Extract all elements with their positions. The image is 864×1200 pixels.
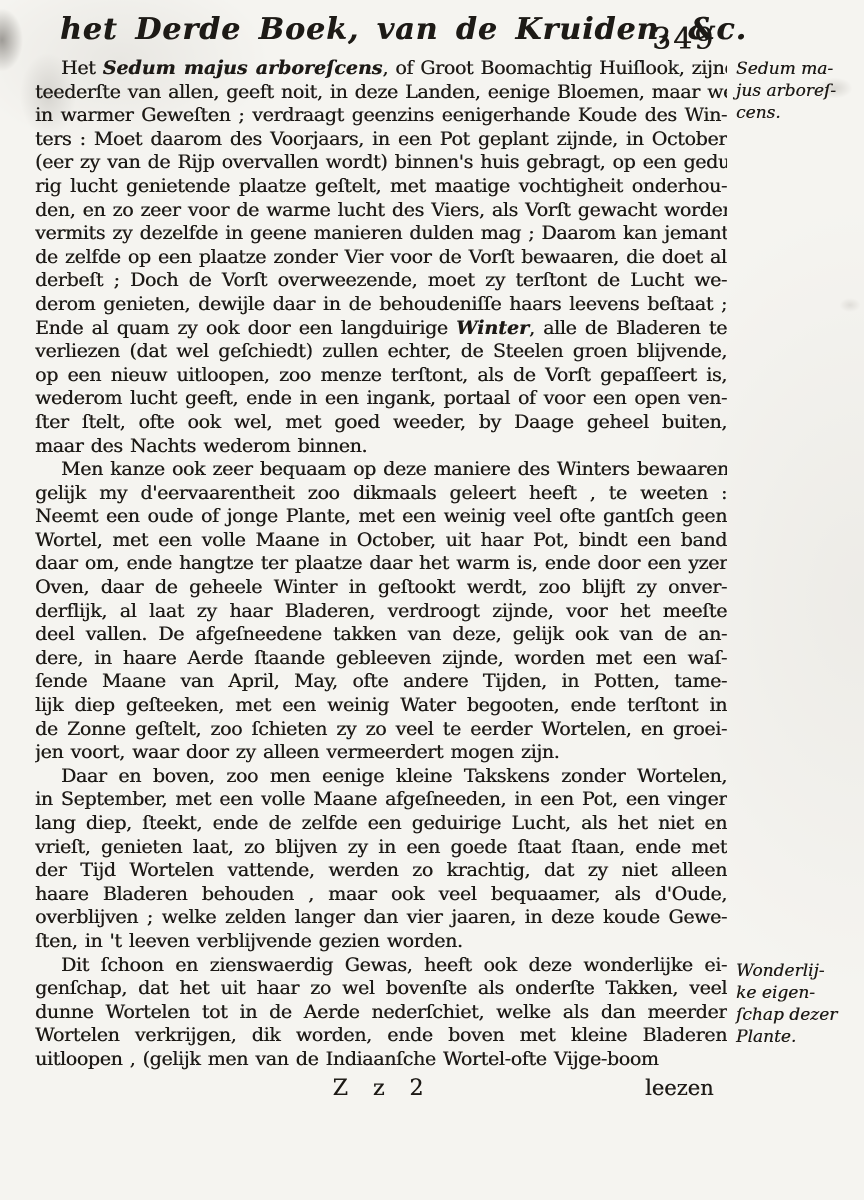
text-line: lang diep, ſteekt, ende de zelfde een ge… bbox=[35, 812, 727, 836]
text-line: derbeſt ; Doch de Vorſt overweezende, mo… bbox=[35, 269, 727, 293]
paragraph: Men kanze ook zeer bequaam op deze manie… bbox=[35, 458, 727, 765]
text-line: teederſte van allen, geeft noit, in deze… bbox=[35, 81, 727, 105]
text-line: den, en zo zeer voor de warme lucht des … bbox=[35, 199, 727, 223]
text-line: ſter ſtelt, ofte ook wel, met goed weede… bbox=[35, 411, 727, 435]
paragraph: Daar en boven, zoo men eenige kleine Tak… bbox=[35, 765, 727, 954]
margin-note-line: ſchap dezer bbox=[736, 1004, 860, 1026]
margin-note-line: Plante. bbox=[736, 1026, 860, 1048]
text-line: overblijven ; welke zelden langer dan vi… bbox=[35, 906, 727, 930]
text-line: Daar en boven, zoo men eenige kleine Tak… bbox=[35, 765, 727, 789]
text-line: Wortelen verkrijgen, dik worden, ende bo… bbox=[35, 1024, 727, 1048]
text-line: vermits zy dezelfde in geene manieren du… bbox=[35, 222, 727, 246]
catchword: leezen bbox=[645, 1076, 714, 1100]
margin-note-line: jus arboreſ- bbox=[736, 80, 860, 102]
text-line: ſten, in 't leeven verblijvende gezien w… bbox=[35, 930, 727, 954]
body-text: Het Sedum majus arboreſcens, of Groot Bo… bbox=[35, 57, 727, 1072]
text-line: deel vallen. De afgeſneedene takken van … bbox=[35, 623, 727, 647]
text-line: Het Sedum majus arboreſcens, of Groot Bo… bbox=[35, 57, 727, 81]
text-line: haare Bladeren behouden , maar ook veel … bbox=[35, 883, 727, 907]
text-line: gelijk my d'eervaarentheit zoo dikmaals … bbox=[35, 482, 727, 506]
text-line: ters : Moet daarom des Voorjaars, in een… bbox=[35, 128, 727, 152]
margin-note-line: ke eigen- bbox=[736, 982, 860, 1004]
running-header-title: het Derde Boek, van de Kruiden, &c. bbox=[60, 12, 660, 47]
text-line: Oven, daar de geheele Winter in geſtookt… bbox=[35, 576, 727, 600]
paragraph: Dit ſchoon en zienswaerdig Gewas, heeft … bbox=[35, 954, 727, 1072]
signature-mark: Z z 2 bbox=[35, 1076, 727, 1101]
text-line: dunne Wortelen tot in de Aerde nederſchi… bbox=[35, 1001, 727, 1025]
text-line: derflijk, al laat zy haar Bladeren, verd… bbox=[35, 600, 727, 624]
text-line: vrieſt, genieten laat, zo blijven zy in … bbox=[35, 836, 727, 860]
margin-note-line: cens. bbox=[736, 102, 860, 124]
margin-note-line: Sedum ma- bbox=[736, 58, 860, 80]
text-line: rig lucht genietende plaatze geſtelt, me… bbox=[35, 175, 727, 199]
text-line: in September, met een volle Maane afgeſn… bbox=[35, 788, 727, 812]
text-line: de Zonne geſtelt, zoo ſchieten zy zo vee… bbox=[35, 718, 727, 742]
page-number: 349 bbox=[652, 22, 715, 57]
text-line: jen voort, waar door zy alleen vermeerde… bbox=[35, 741, 727, 765]
text-line: Ende al quam zy ook door een langduirige… bbox=[35, 317, 727, 341]
text-line: de zelfde op een plaatze zonder Vier voo… bbox=[35, 246, 727, 270]
text-line: der Tijd Wortelen vattende, werden zo kr… bbox=[35, 859, 727, 883]
text-line: verliezen (dat wel geſchiedt) zullen ech… bbox=[35, 340, 727, 364]
text-line: Dit ſchoon en zienswaerdig Gewas, heeft … bbox=[35, 954, 727, 978]
text-line: maar des Nachts wederom binnen. bbox=[35, 435, 727, 459]
text-line: derom genieten, dewijle daar in de behou… bbox=[35, 293, 727, 317]
text-line: ſende Maane van April, May, ofte andere … bbox=[35, 670, 727, 694]
text-line: (eer zy van de Rijp overvallen wordt) bi… bbox=[35, 151, 727, 175]
book-page: het Derde Boek, van de Kruiden, &c. 349 … bbox=[0, 0, 864, 1200]
text-line: op een nieuw uitloopen, zoo menze terſto… bbox=[35, 364, 727, 388]
text-line: Men kanze ook zeer bequaam op deze manie… bbox=[35, 458, 727, 482]
paragraph: Het Sedum majus arboreſcens, of Groot Bo… bbox=[35, 57, 727, 458]
margin-note-line: Wonderlij- bbox=[736, 960, 860, 982]
text-line: wederom lucht geeft, ende in een ingank,… bbox=[35, 387, 727, 411]
margin-note-sedum: Sedum ma-jus arboreſ-cens. bbox=[736, 58, 860, 124]
text-line: Wortel, met een volle Maane in October, … bbox=[35, 529, 727, 553]
text-line: lijk diep geſteeken, met een weinig Wate… bbox=[35, 694, 727, 718]
text-line: daar om, ende hangtze ter plaatze daar h… bbox=[35, 552, 727, 576]
margin-note-wonderlijke: Wonderlij-ke eigen-ſchap dezerPlante. bbox=[736, 960, 860, 1048]
text-line: dere, in haare Aerde ſtaande gebleeven z… bbox=[35, 647, 727, 671]
text-line: uitloopen , (gelijk men van de Indiaanſc… bbox=[35, 1048, 727, 1072]
text-line: in warmer Geweſten ; verdraagt geenzins … bbox=[35, 104, 727, 128]
text-line: genſchap, dat het uit haar zo wel bovenſ… bbox=[35, 977, 727, 1001]
text-line: Neemt een oude of jonge Plante, met een … bbox=[35, 505, 727, 529]
